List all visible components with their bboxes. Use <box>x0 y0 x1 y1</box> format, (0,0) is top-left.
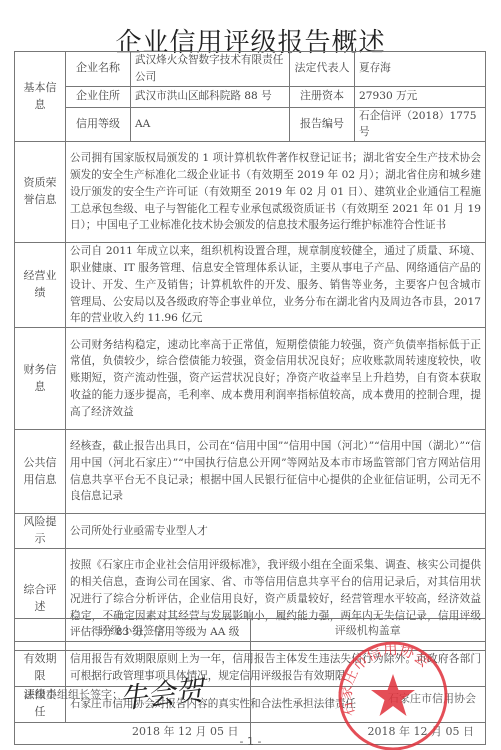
section-text-risk: 公司所处行业亟需专业型人才 <box>66 514 486 549</box>
section-label-business: 经营业绩 <box>15 243 66 328</box>
section-label-financial: 财务信息 <box>15 328 66 430</box>
section-text-business: 公司自 2011 年成立以来，组织机构设置合理，规章制度较健全，通过了质量、环境… <box>66 243 486 328</box>
credit-grade-value: AA <box>131 107 290 142</box>
section-label-public-credit: 公共信用信息 <box>15 430 66 514</box>
legal-rep-label: 法定代表人 <box>290 52 355 87</box>
section-label-qualification: 资质荣誉信息 <box>15 142 66 243</box>
section-text-financial: 公司财务结构稳定，速动比率高于正常值，短期偿债能力较强，资产负债率指标低于正常值… <box>66 328 486 430</box>
section-text-qualification: 公司拥有国家版权局颁发的 1 项计算机软件著作权登记证书；湖北省安全生产技术协会… <box>66 142 486 243</box>
reg-capital-value: 27930 万元 <box>355 86 486 107</box>
official-seal-icon: 石家庄市信用协会 <box>337 640 449 750</box>
section-label-basic-info: 基本信息 <box>15 52 66 142</box>
section-text-public-credit: 经核查，截止报告出具日，公司在“信用中国”“信用中国（河北）”“信用中国（湖北）… <box>66 430 486 514</box>
section-label-risk: 风险提示 <box>15 514 66 549</box>
report-no-label: 报告编号 <box>290 107 355 142</box>
org-seal-header: 评级机构盖章 <box>250 619 486 642</box>
leader-signature-label: 评级小组组长签字： <box>24 686 123 702</box>
company-name-label: 企业名称 <box>66 52 131 87</box>
address-label: 企业住所 <box>66 86 131 107</box>
company-name-value: 武汉烽火众智数字技术有限责任公司 <box>131 52 290 87</box>
team-signature-header: 评级小组签字 <box>15 619 251 642</box>
reg-capital-label: 注册资本 <box>290 86 355 107</box>
address-value: 武汉市洪山区邮科院路 88 号 <box>131 86 290 107</box>
leader-signature: 牛会贺 <box>117 669 205 718</box>
report-no-value: 石企信评（2018）1775 号 <box>355 107 486 142</box>
page-number: - 1 - <box>0 735 501 748</box>
legal-rep-value: 夏存海 <box>355 52 486 87</box>
credit-grade-label: 信用等级 <box>66 107 131 142</box>
